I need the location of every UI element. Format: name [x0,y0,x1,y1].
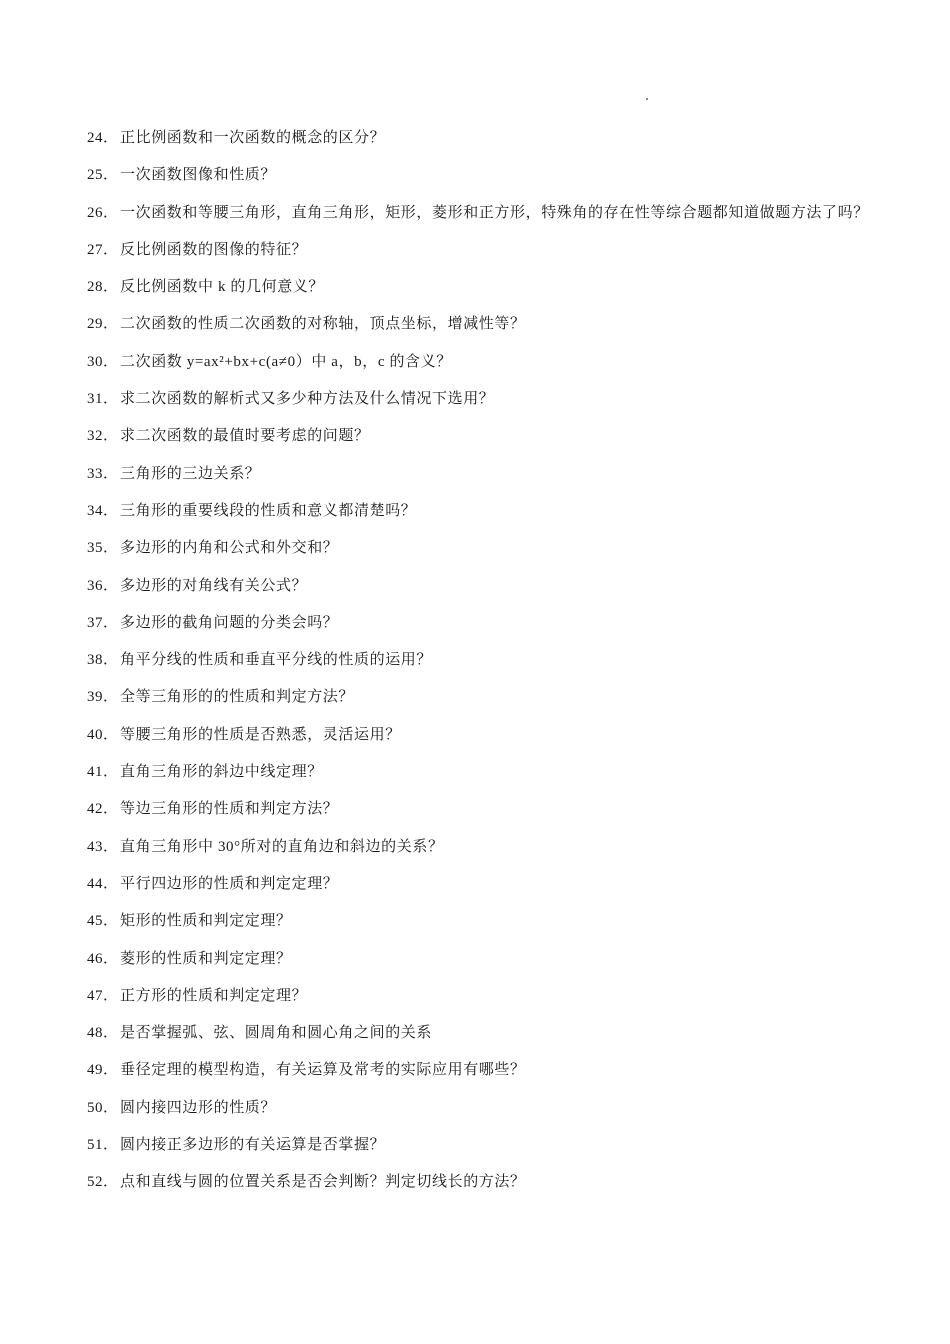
item-number: 25． [87,157,120,194]
item-text: 求二次函数的解析式又多少种方法及什么情况下选用？ [120,381,877,418]
list-item: 32．求二次函数的最值时要考虑的问题？ [87,418,877,455]
list-item: 33．三角形的三边关系？ [87,456,877,493]
item-text: 求二次函数的最值时要考虑的问题？ [120,418,877,455]
list-item: 31．求二次函数的解析式又多少种方法及什么情况下选用？ [87,381,877,418]
item-number: 43． [87,829,120,866]
item-number: 52． [87,1164,120,1201]
item-text: 矩形的性质和判定定理？ [120,903,877,940]
item-number: 45． [87,903,120,940]
item-number: 51． [87,1127,120,1164]
list-item: 45．矩形的性质和判定定理？ [87,903,877,940]
item-text: 是否掌握弧、弦、圆周角和圆心角之间的关系 [120,1015,877,1052]
item-text: 二次函数 y=ax²+bx+c(a≠0）中 a，b，c 的含义？ [120,344,877,381]
item-text: 多边形的内角和公式和外交和？ [120,530,877,567]
list-item: 43．直角三角形中 30°所对的直角边和斜边的关系？ [87,829,877,866]
list-item: 38．角平分线的性质和垂直平分线的性质的运用？ [87,642,877,679]
item-text: 点和直线与圆的位置关系是否会判断？判定切线长的方法？ [120,1164,877,1201]
list-item: 42．等边三角形的性质和判定方法？ [87,791,877,828]
item-text: 垂径定理的模型构造，有关运算及常考的实际应用有哪些？ [120,1052,877,1089]
list-item: 25．一次函数图像和性质？ [87,157,877,194]
item-text: 一次函数和等腰三角形，直角三角形，矩形，菱形和正方形，特殊角的存在性等综合题都知… [120,195,877,232]
item-number: 46． [87,941,120,978]
item-text: 圆内接正多边形的有关运算是否掌握？ [120,1127,877,1164]
list-item: 36．多边形的对角线有关公式？ [87,568,877,605]
item-text: 二次函数的性质二次函数的对称轴，顶点坐标，增减性等？ [120,306,877,343]
item-number: 32． [87,418,120,455]
item-number: 30． [87,344,120,381]
item-text: 反比例函数中 k 的几何意义？ [120,269,877,306]
list-item: 44．平行四边形的性质和判定定理？ [87,866,877,903]
list-item: 37．多边形的截角问题的分类会吗？ [87,605,877,642]
list-item: 35．多边形的内角和公式和外交和？ [87,530,877,567]
list-item: 29．二次函数的性质二次函数的对称轴，顶点坐标，增减性等？ [87,306,877,343]
item-text: 一次函数图像和性质？ [120,157,877,194]
item-text: 等边三角形的性质和判定方法？ [120,791,877,828]
list-item: 50．圆内接四边形的性质？ [87,1090,877,1127]
item-number: 36． [87,568,120,605]
document-page: 24．正比例函数和一次函数的概念的区分？ 25．一次函数图像和性质？ 26．一次… [0,0,950,1344]
item-number: 24． [87,120,120,157]
list-item: 39．全等三角形的的性质和判定方法？ [87,679,877,716]
list-item: 27．反比例函数的图像的特征？ [87,232,877,269]
item-number: 35． [87,530,120,567]
list-item: 34．三角形的重要线段的性质和意义都清楚吗？ [87,493,877,530]
item-text: 等腰三角形的性质是否熟悉，灵活运用？ [120,717,877,754]
item-text: 直角三角形中 30°所对的直角边和斜边的关系？ [120,829,877,866]
list-item: 49．垂径定理的模型构造，有关运算及常考的实际应用有哪些？ [87,1052,877,1089]
item-text: 多边形的截角问题的分类会吗？ [120,605,877,642]
item-text: 三角形的三边关系？ [120,456,877,493]
list-item: 40．等腰三角形的性质是否熟悉，灵活运用？ [87,717,877,754]
item-number: 39． [87,679,120,716]
list-item: 47．正方形的性质和判定定理？ [87,978,877,1015]
item-text: 直角三角形的斜边中线定理？ [120,754,877,791]
list-item: 46．菱形的性质和判定定理？ [87,941,877,978]
item-number: 42． [87,791,120,828]
list-item: 51．圆内接正多边形的有关运算是否掌握？ [87,1127,877,1164]
item-number: 48． [87,1015,120,1052]
item-number: 40． [87,717,120,754]
item-text: 反比例函数的图像的特征？ [120,232,877,269]
item-text: 圆内接四边形的性质？ [120,1090,877,1127]
item-text: 三角形的重要线段的性质和意义都清楚吗？ [120,493,877,530]
item-number: 37． [87,605,120,642]
item-number: 49． [87,1052,120,1089]
list-item: 24．正比例函数和一次函数的概念的区分？ [87,120,877,157]
list-item: 52．点和直线与圆的位置关系是否会判断？判定切线长的方法？ [87,1164,877,1201]
list-item: 30．二次函数 y=ax²+bx+c(a≠0）中 a，b，c 的含义？ [87,344,877,381]
list-item: 48．是否掌握弧、弦、圆周角和圆心角之间的关系 [87,1015,877,1052]
item-text: 多边形的对角线有关公式？ [120,568,877,605]
item-text: 菱形的性质和判定定理？ [120,941,877,978]
item-number: 41． [87,754,120,791]
item-number: 29． [87,306,120,343]
item-number: 47． [87,978,120,1015]
item-text: 正方形的性质和判定定理？ [120,978,877,1015]
header-mark [646,98,648,100]
item-number: 33． [87,456,120,493]
item-number: 44． [87,866,120,903]
item-number: 50． [87,1090,120,1127]
question-list: 24．正比例函数和一次函数的概念的区分？ 25．一次函数图像和性质？ 26．一次… [87,120,877,1202]
item-text: 正比例函数和一次函数的概念的区分？ [120,120,877,157]
list-item: 41．直角三角形的斜边中线定理？ [87,754,877,791]
item-number: 31． [87,381,120,418]
list-item: 26．一次函数和等腰三角形，直角三角形，矩形，菱形和正方形，特殊角的存在性等综合… [87,195,877,232]
item-text: 平行四边形的性质和判定定理？ [120,866,877,903]
item-text: 角平分线的性质和垂直平分线的性质的运用？ [120,642,877,679]
item-text: 全等三角形的的性质和判定方法？ [120,679,877,716]
item-number: 34． [87,493,120,530]
item-number: 26． [87,195,120,232]
item-number: 28． [87,269,120,306]
list-item: 28．反比例函数中 k 的几何意义？ [87,269,877,306]
item-number: 27． [87,232,120,269]
item-number: 38． [87,642,120,679]
